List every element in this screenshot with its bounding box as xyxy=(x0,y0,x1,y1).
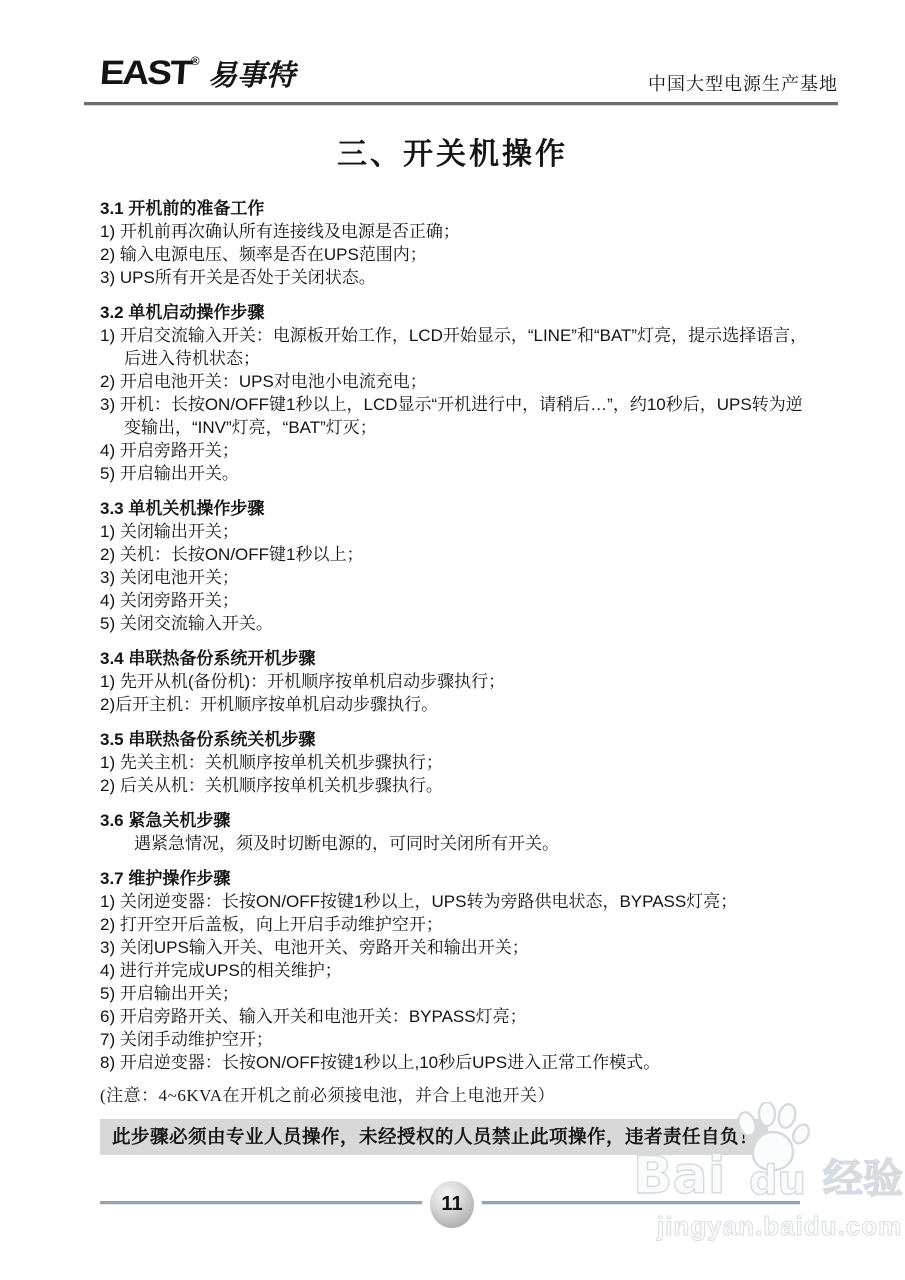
step-item: 1) 关闭逆变器：长按ON/OFF按键1秒以上，UPS转为旁路供电状态，BYPA… xyxy=(100,890,816,913)
watermark-text-jingyan: 经验 xyxy=(823,1147,903,1204)
page-header: EAST® 易事特 中国大型电源生产基地 xyxy=(100,56,838,98)
step-item: 2) 开启电池开关：UPS对电池小电流充电； xyxy=(100,370,816,393)
step-item: 8) 开启逆变器：长按ON/OFF按键1秒以上,10秒后UPS进入正常工作模式。 xyxy=(100,1051,816,1074)
step-item: 7) 关闭手动维护空开； xyxy=(100,1028,816,1051)
step-item: 1) 先关主机：关机顺序按单机关机步骤执行； xyxy=(100,751,816,774)
east-logo-chinese: 易事特 xyxy=(208,58,295,92)
step-item: 5) 开启输出开关； xyxy=(100,982,816,1005)
section-heading: 3.2 单机启动操作步骤 xyxy=(100,301,816,324)
section-heading: 3.7 维护操作步骤 xyxy=(100,867,816,890)
section-3-4: 3.4 串联热备份系统开机步骤 1) 先开从机(备份机)：开机顺序按单机启动步骤… xyxy=(100,647,816,716)
step-item: 2)后开主机：开机顺序按单机启动步骤执行。 xyxy=(100,693,816,716)
body-content: 3.1 开机前的准备工作 1) 开机前再次确认所有连接线及电源是否正确； 2) … xyxy=(100,197,816,1155)
step-item: 3) 开机：长按ON/OFF键1秒以上，LCD显示“开机进行中，请稍后…”，约1… xyxy=(100,393,816,439)
header-rule xyxy=(84,102,838,106)
battery-note: (注意：4~6KVA在开机之前必须接电池，并合上电池开关） xyxy=(100,1084,816,1107)
step-item: 2) 输入电源电压、频率是否在UPS范围内； xyxy=(100,243,816,266)
step-item: 1) 先开从机(备份机)：开机顺序按单机启动步骤执行； xyxy=(100,670,816,693)
watermark-url: jingyan.baidu.com xyxy=(657,1211,902,1242)
step-item: 1) 关闭输出开关； xyxy=(100,520,816,543)
step-item: 1) 开启交流输入开关：电源板开始工作，LCD开始显示，“LINE”和“BAT”… xyxy=(100,324,816,370)
step-item: 4) 关闭旁路开关； xyxy=(100,589,816,612)
section-heading: 3.3 单机关机操作步骤 xyxy=(100,497,816,520)
header-tagline: 中国大型电源生产基地 xyxy=(648,70,838,96)
step-item: 遇紧急情况，须及时切断电源的，可同时关闭所有开关。 xyxy=(100,832,816,855)
section-3-2: 3.2 单机启动操作步骤 1) 开启交流输入开关：电源板开始工作，LCD开始显示… xyxy=(100,301,816,485)
section-3-1: 3.1 开机前的准备工作 1) 开机前再次确认所有连接线及电源是否正确； 2) … xyxy=(100,197,816,289)
step-item: 3) 关闭电池开关； xyxy=(100,566,816,589)
east-logo-wordmark: EAST xyxy=(99,54,192,93)
step-item: 2) 关机：长按ON/OFF键1秒以上； xyxy=(100,543,816,566)
east-logo: EAST® 易事特 xyxy=(100,52,295,94)
step-item: 5) 开启输出开关。 xyxy=(100,462,816,485)
section-3-3: 3.3 单机关机操作步骤 1) 关闭输出开关； 2) 关机：长按ON/OFF键1… xyxy=(100,497,816,635)
watermark-text-bai: Bai xyxy=(633,1146,726,1206)
section-heading: 3.6 紧急关机步骤 xyxy=(100,809,816,832)
step-item: 2) 后关从机：关机顺序按单机关机步骤执行。 xyxy=(100,774,816,797)
page-number-badge: 11 xyxy=(430,1181,474,1228)
page-title: 三、开关机操作 xyxy=(0,129,905,173)
manual-page: EAST® 易事特 中国大型电源生产基地 三、开关机操作 3.1 开机前的准备工… xyxy=(0,0,905,1280)
warning-banner: 此步骤必须由专业人员操作，未经授权的人员禁止此项操作，违者责任自负！ xyxy=(100,1119,768,1155)
step-item: 3) 关闭UPS输入开关、电池开关、旁路开关和输出开关； xyxy=(100,936,816,959)
step-item: 2) 打开空开后盖板，向上开启手动维护空开； xyxy=(100,913,816,936)
step-item: 4) 开启旁路开关； xyxy=(100,439,816,462)
section-3-6: 3.6 紧急关机步骤 遇紧急情况，须及时切断电源的，可同时关闭所有开关。 xyxy=(100,809,816,855)
step-item: 5) 关闭交流输入开关。 xyxy=(100,612,816,635)
section-3-5: 3.5 串联热备份系统关机步骤 1) 先关主机：关机顺序按单机关机步骤执行； 2… xyxy=(100,728,816,797)
step-item: 3) UPS所有开关是否处于关闭状态。 xyxy=(100,266,816,289)
step-item: 1) 开机前再次确认所有连接线及电源是否正确； xyxy=(100,220,816,243)
section-heading: 3.5 串联热备份系统关机步骤 xyxy=(100,728,816,751)
watermark-text-du: du xyxy=(749,1158,806,1204)
section-3-7: 3.7 维护操作步骤 1) 关闭逆变器：长按ON/OFF按键1秒以上，UPS转为… xyxy=(100,867,816,1074)
step-item: 6) 开启旁路开关、输入开关和电池开关：BYPASS灯亮； xyxy=(100,1005,816,1028)
section-heading: 3.4 串联热备份系统开机步骤 xyxy=(100,647,816,670)
section-heading: 3.1 开机前的准备工作 xyxy=(100,197,816,220)
step-item: 4) 进行并完成UPS的相关维护； xyxy=(100,959,816,982)
